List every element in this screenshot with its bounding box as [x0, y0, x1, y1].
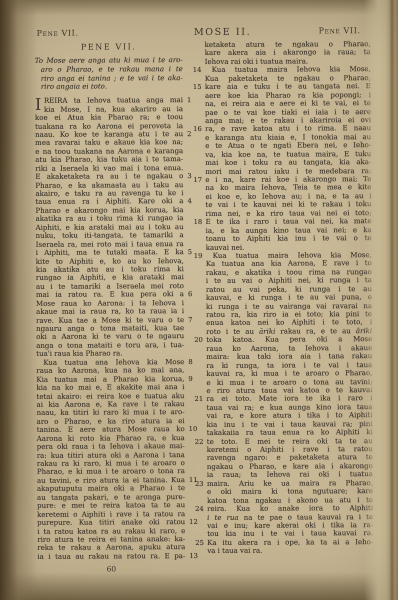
verse-number: 17: [193, 176, 202, 184]
text-line: ia i taua au rakau na ratou ra. E pa-13: [37, 552, 185, 561]
left-column-text: I REIRA ta Iehova tuatua anga mai1kia Mo…: [35, 96, 185, 561]
verse-number: 1: [187, 96, 191, 104]
verse-number: 7: [188, 316, 192, 324]
verse-number: 20: [194, 336, 203, 344]
verse-number: 22: [195, 438, 204, 446]
left-column-lines: REIRA ta Iehova tuatua anga mai1kia Mose…: [35, 96, 185, 561]
page-content: Pene VII. MOSE II. Pene VII. PENE VII. T…: [0, 0, 398, 600]
verse-number: 3: [187, 172, 191, 180]
verse-number: 4: [187, 197, 191, 205]
right-column: ketaketa atura te ngakau o Pharao,kare a…: [205, 40, 374, 556]
verse-number: 16: [193, 125, 202, 133]
verse-number: 2: [187, 130, 191, 138]
text-line: riro angaia ei toto.: [35, 82, 183, 92]
page-number: 60: [37, 564, 185, 574]
verse-number: 13: [189, 552, 198, 560]
running-header-right: Pene VII.: [319, 26, 361, 35]
verse-number: 24: [195, 505, 204, 513]
right-column-lines: ketaketa atura te ngakau o Pharao,kare a…: [205, 40, 374, 556]
verse-number: 21: [194, 395, 203, 403]
chapter-heading: PENE VII.: [35, 42, 183, 52]
verse-number: 15: [193, 83, 202, 91]
verse-number: 5: [188, 248, 192, 256]
verse-number: 18: [194, 218, 203, 226]
text-line: va i taua vai ra.: [207, 546, 373, 555]
verse-number: 10: [189, 425, 198, 433]
verse-number: 8: [188, 358, 192, 366]
chapter-summary: To Mose aere anga atu ki mua i te aro-ar…: [35, 56, 183, 92]
verse-number: 19: [194, 252, 203, 260]
running-header-left: Pene VII.: [37, 29, 79, 38]
verse-number: 9: [188, 375, 192, 383]
verse-number: 12: [189, 518, 198, 526]
running-header: Pene VII. MOSE II. Pene VII.: [35, 26, 375, 40]
verse-number: 25: [195, 539, 204, 547]
left-column: PENE VII. To Mose aere anga atu ki mua i…: [35, 42, 186, 574]
running-header-title: MOSE II.: [194, 27, 251, 38]
verse-number: 6: [188, 290, 192, 298]
verse-number: 14: [193, 66, 202, 74]
book-page-photo: Pene VII. MOSE II. Pene VII. PENE VII. T…: [0, 0, 398, 600]
verse-number: 23: [195, 480, 204, 488]
